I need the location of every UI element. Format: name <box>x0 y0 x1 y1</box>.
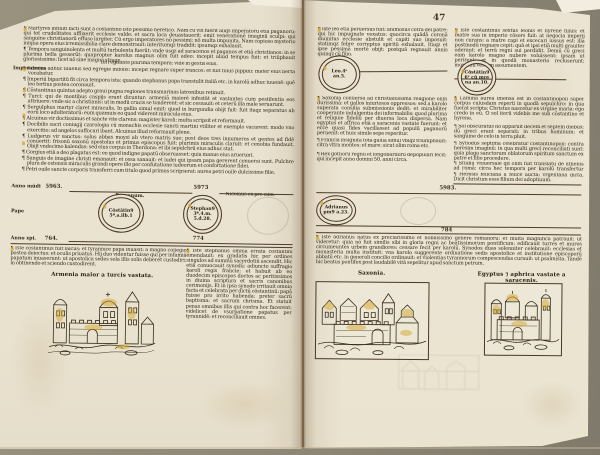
rubrication-mark <box>316 236 319 240</box>
woodcut-caption-saxonia: Saxonia. <box>328 270 416 277</box>
rubrication-mark <box>455 29 458 33</box>
rubrication-mark <box>317 97 320 101</box>
rubrication-mark <box>318 28 321 32</box>
blind-impression-medallion <box>400 197 436 225</box>
right-page: 47 ¶ Iste leo etiā peruersus fuit: animo… <box>302 0 592 448</box>
col2-paragraph-lamina: ¶ Lamina aurea imensa est in cōstantinop… <box>454 96 584 123</box>
show-through-woodcut <box>389 341 489 394</box>
col2-paragraph-synodus: ¶ Synodus septima celebratur cōstantinop… <box>454 141 584 161</box>
col2-paragraph-sol: ¶ Sol obscuratus nō apparuit decem et se… <box>454 124 584 140</box>
spine-line <box>302 0 304 449</box>
rubrication-mark <box>186 250 189 254</box>
medallion-reign: an.5. <box>331 74 347 79</box>
col1-paragraph-rex: ¶ Rex gothorū regnū et longobardorū depo… <box>317 152 447 164</box>
rubrication-mark <box>454 97 457 101</box>
anno-xpi-value-2: 774 <box>193 236 204 242</box>
folio-number: 47 <box>433 13 446 23</box>
rubrication-mark <box>461 69 464 73</box>
margin-label-pape: Pape <box>11 209 24 214</box>
rubrication-mark <box>22 141 25 145</box>
full-width-paragraph-adrianus: ¶ Iste adrianus natus ex preclarissimo e… <box>316 235 582 269</box>
col2-paragraph-heresis: ¶ Heresis feliciana a felice aucta: vrge… <box>453 172 583 183</box>
right-page-content: 47 ¶ Iste leo etiā peruersus fuit: animo… <box>302 0 592 448</box>
anno-mundi-value: 5963. <box>45 184 62 190</box>
rubrication-mark <box>323 66 326 70</box>
blind-impression-medallion <box>247 196 290 235</box>
medallion-name: Cōstātin9 <box>464 70 489 75</box>
underleaf-edge-top-right <box>556 0 600 13</box>
rubrication-mark <box>103 204 106 208</box>
col1-paragraph-saxonia: ¶ Saxonia conuersa ad christianissimā re… <box>317 96 447 137</box>
rubrication-mark <box>23 67 26 71</box>
margin-label-anno-mundi: Anno mūdi <box>11 184 40 189</box>
anno-xpi-value: 764. <box>45 236 58 242</box>
medallion-reign-2: na an.10. <box>464 80 489 85</box>
column-right-text: ¶ Iste stephanus omnia errata cōstantini… <box>185 249 292 350</box>
chronology-rule <box>316 192 581 195</box>
emperor-medallion-constantinus-vi: Cōstātin9 6ˢ cū mre na an.10. <box>457 59 496 95</box>
rubrication-mark <box>188 204 191 208</box>
medallion-reign-2: 5.d.28. <box>190 217 215 222</box>
rubrication-mark <box>10 247 13 251</box>
page-bottom-edge <box>0 447 600 449</box>
woodcut-city-armenia <box>45 283 159 361</box>
rubrication-mark <box>22 113 25 117</box>
left-page-content: ¶ Martyres infiniti facti sunt a cōstant… <box>0 0 302 449</box>
col1-paragraph-francia: ¶ Francia insignita tota gallia simul vb… <box>317 138 447 151</box>
anno-mundi-value: 5983. <box>439 185 456 191</box>
rubrication-mark <box>23 88 26 92</box>
medallion-reign: pm9 a.23. <box>323 210 348 215</box>
column-rule <box>453 183 581 185</box>
woodcut-caption-armenia: Armenia maior a turcis vastata. <box>36 272 168 280</box>
rubrication-mark <box>320 201 323 205</box>
medallion-reign: 6ˢ cū mre <box>464 75 489 80</box>
photograph-of-book-spread: { "folio_number": "47", "left": { "intro… <box>0 0 600 455</box>
woodcut-city-egypt <box>484 283 563 357</box>
margin-label-anno-xpi: Anno xpi. <box>11 236 36 241</box>
pope-medallion-adrianus: Adrianus pm9 a.23. <box>316 195 356 225</box>
chronicle-entries-list: ¶ Karolus adhuc iuuenis sed egregie indo… <box>21 66 295 186</box>
lineage-line <box>359 71 447 73</box>
medallion-reign: 5ª.a.ilb.1 <box>109 213 134 218</box>
rubrication-mark <box>24 27 27 31</box>
col2-paragraph-studium: ¶ Studiū vniuersale qd olim fuit transla… <box>454 161 584 172</box>
left-page: ¶ Martyres infiniti facti sunt a cōstant… <box>0 0 302 449</box>
column-left-text: ¶ Iste cōstantinus fuit laicus: et tyran… <box>10 246 186 268</box>
pope-medallion-constantinus: Cōstātin9 5ª.a.ilb.1 <box>98 193 145 233</box>
emperor-medallion-leo: Leo.4ˢ an.5. <box>318 55 360 93</box>
pope-medallion-stephanus: Stephan9 3ª.4.m. 5.d.28. <box>183 195 223 235</box>
anno-mundi-value-2: 5973 <box>193 185 208 191</box>
